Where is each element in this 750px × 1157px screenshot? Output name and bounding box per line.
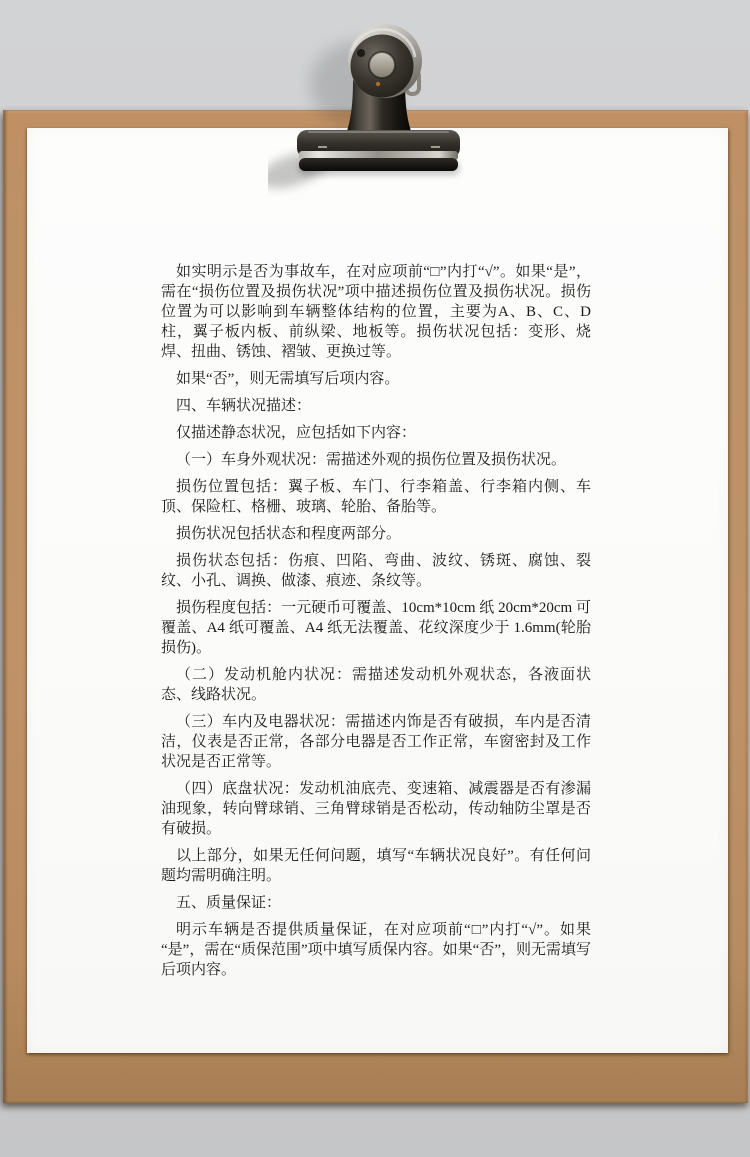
doc-paragraph: 损伤状况包括状态和程度两部分。 xyxy=(161,524,591,544)
clip-bar-top-edge xyxy=(308,131,449,133)
doc-paragraph: 损伤程度包括：一元硬币可覆盖、10cm*10cm 纸 20cm*20cm 可覆盖… xyxy=(161,598,591,658)
doc-paragraph: （二）发动机舱内状况：需描述发动机外观状态，各液面状态、线路状况。 xyxy=(161,665,591,705)
doc-paragraph: 损伤位置包括：翼子板、车门、行李箱盖、行李箱内侧、车顶、保险杠、格栅、玻璃、轮胎… xyxy=(161,477,591,517)
clip-ring-glint-orange xyxy=(376,82,380,86)
doc-paragraph: （三）车内及电器状况：需描述内饰是否有破损，车内是否清洁，仪表是否正常，各部分电… xyxy=(161,712,591,772)
doc-paragraph: （四）底盘状况：发动机油底壳、变速箱、减震器是否有渗漏油现象，转向臂球销、三角臂… xyxy=(161,779,591,839)
clip-bar-lip xyxy=(299,158,458,171)
doc-paragraph: 如果“否”，则无需填写后项内容。 xyxy=(161,369,591,389)
clip-bar-glint-left xyxy=(318,146,327,148)
clip-ring-dark-spot xyxy=(357,49,365,57)
clipboard: 如实明示是否为事故车，在对应项前“□”内打“√”。如果“是”，需在“损伤位置及损… xyxy=(3,110,748,1103)
doc-paragraph: 损伤状态包括：伤痕、凹陷、弯曲、波纹、锈斑、腐蚀、裂纹、小孔、调换、做漆、痕迹、… xyxy=(161,551,591,591)
clip-bar-glint-right xyxy=(431,146,440,148)
doc-paragraph: 以上部分，如果无任何问题，填写“车辆状况良好”。有任何问题均需明确注明。 xyxy=(161,846,591,886)
section-heading-4: 四、车辆状况描述： xyxy=(161,396,591,416)
document-page: 如实明示是否为事故车，在对应项前“□”内打“√”。如果“是”，需在“损伤位置及损… xyxy=(27,128,728,1053)
document-text-block: 如实明示是否为事故车，在对应项前“□”内打“√”。如果“是”，需在“损伤位置及损… xyxy=(161,262,591,987)
doc-paragraph: （一）车身外观状况：需描述外观的损伤位置及损伤状况。 xyxy=(161,450,591,470)
doc-paragraph: 如实明示是否为事故车，在对应项前“□”内打“√”。如果“是”，需在“损伤位置及损… xyxy=(161,262,591,362)
section-heading-5: 五、质量保证： xyxy=(161,893,591,913)
doc-paragraph: 明示车辆是否提供质量保证，在对应项前“□”内打“√”。如果“是”，需在“质保范围… xyxy=(161,920,591,980)
metal-clip-icon xyxy=(268,8,488,208)
doc-paragraph: 仅描述静态状况，应包括如下内容： xyxy=(161,423,591,443)
wall-background: 如实明示是否为事故车，在对应项前“□”内打“√”。如果“是”，需在“损伤位置及损… xyxy=(0,0,750,1157)
